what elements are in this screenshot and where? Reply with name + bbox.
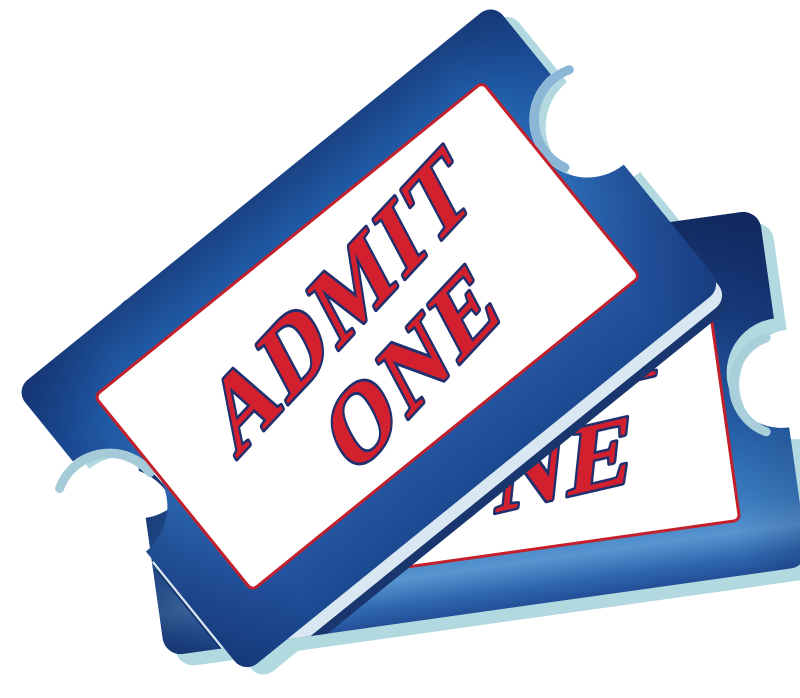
admit-one-tickets-illustration: ADMIT ONE ADMIT ONE [0,0,800,698]
tickets-illustration-stage: ADMIT ONE ADMIT ONE [0,0,800,698]
